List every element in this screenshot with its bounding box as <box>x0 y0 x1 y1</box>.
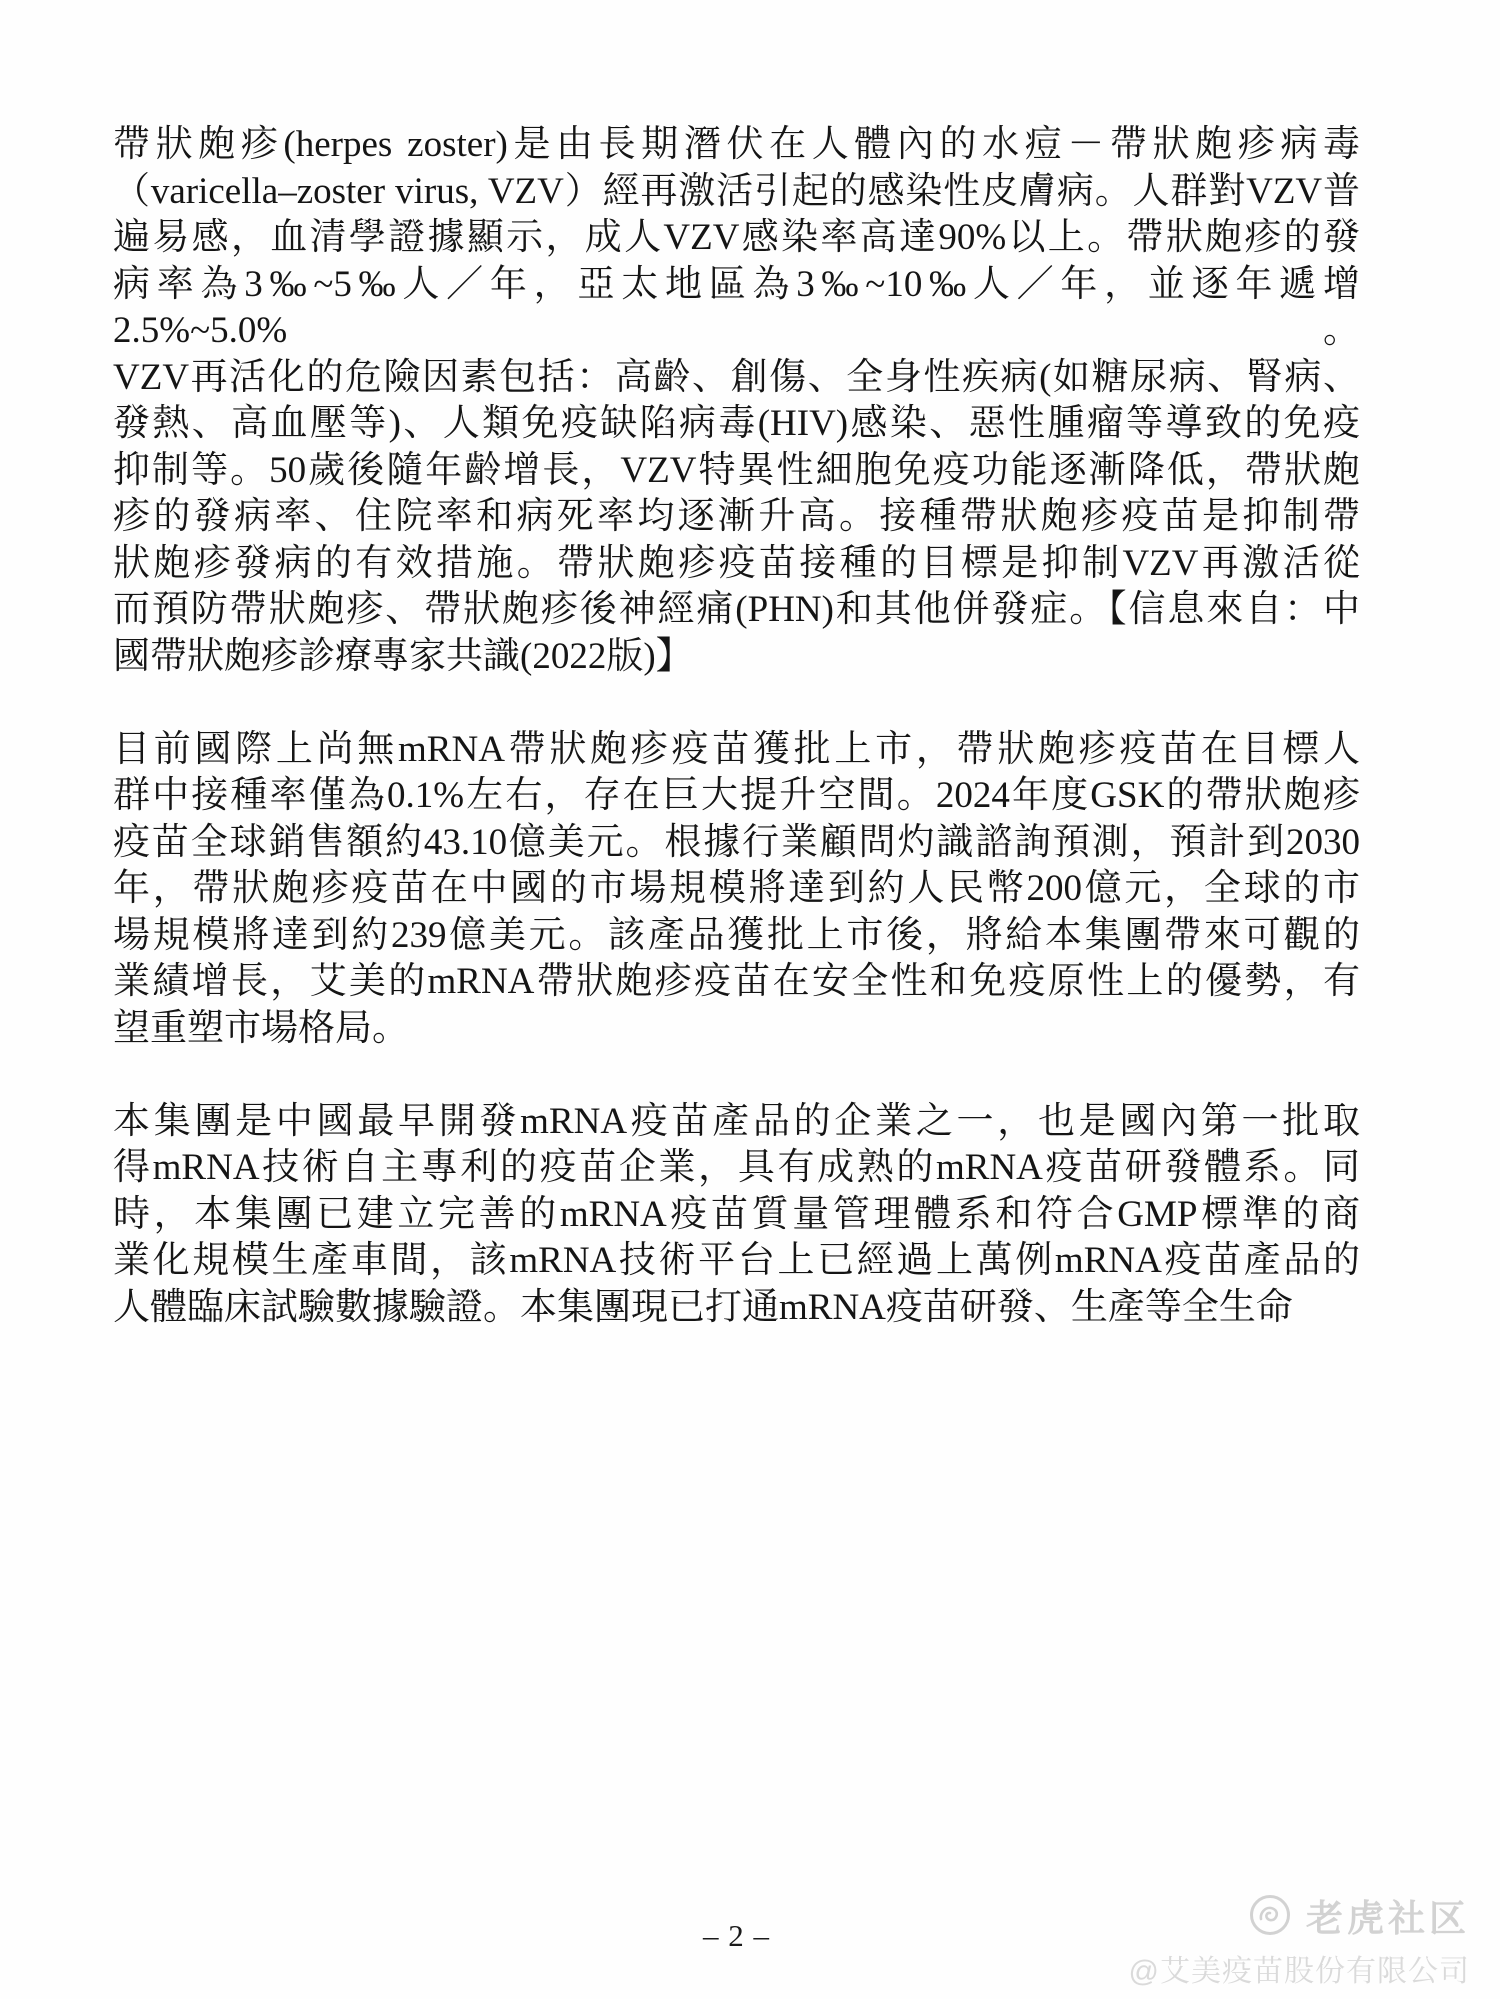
text-line: 群中接種率僅為0.1%左右，存在巨大提升空間。2024年度GSK的帶狀皰疹 <box>113 773 1360 820</box>
text-line: 場規模將達到約239億美元。該產品獲批上市後，將給本集團帶來可觀的 <box>113 913 1360 960</box>
paragraph-3: 本集團是中國最早開發mRNA疫苗產品的企業之一，也是國內第一批取得mRNA技術自… <box>113 1099 1360 1332</box>
text-line: 業績增長，艾美的mRNA帶狀皰疹疫苗在安全性和免疫原性上的優勢，有 <box>113 959 1360 1006</box>
text-line: 狀皰疹發病的有效措施。帶狀皰疹疫苗接種的目標是抑制VZV再激活從 <box>113 541 1360 588</box>
tiger-circle-icon <box>1248 1893 1292 1937</box>
document-page: 帶狀皰疹(herpes zoster)是由長期潛伏在人體內的水痘－帶狀皰疹病毒（… <box>0 0 1500 1999</box>
paragraph-1: 帶狀皰疹(herpes zoster)是由長期潛伏在人體內的水痘－帶狀皰疹病毒（… <box>113 122 1360 680</box>
text-line: 目前國際上尚無mRNA帶狀皰疹疫苗獲批上市，帶狀皰疹疫苗在目標人 <box>113 727 1360 774</box>
paragraph-2: 目前國際上尚無mRNA帶狀皰疹疫苗獲批上市，帶狀皰疹疫苗在目標人群中接種率僅為0… <box>113 727 1360 1053</box>
text-line: 年，帶狀皰疹疫苗在中國的市場規模將達到約人民幣200億元，全球的市 <box>113 866 1360 913</box>
text-line: 國帶狀皰疹診療專家共識(2022版)】 <box>113 634 1360 681</box>
watermark-brand-row: 老虎社区 <box>1248 1888 1470 1942</box>
watermark-brand-text: 老虎社区 <box>1306 1888 1470 1942</box>
text-line: 抑制等。50歲後隨年齡增長，VZV特異性細胞免疫功能逐漸降低，帶狀皰 <box>113 448 1360 495</box>
text-line: 而預防帶狀皰疹、帶狀皰疹後神經痛(PHN)和其他併發症。【信息來自：中 <box>113 587 1360 634</box>
text-line: （varicella–zoster virus, VZV）經再激活引起的感染性皮… <box>113 169 1360 216</box>
text-line: 發熱、高血壓等)、人類免疫缺陷病毒(HIV)感染、惡性腫瘤等導致的免疫 <box>113 401 1360 448</box>
document-body: 帶狀皰疹(herpes zoster)是由長期潛伏在人體內的水痘－帶狀皰疹病毒（… <box>113 122 1360 1378</box>
text-line: 得mRNA技術自主專利的疫苗企業，具有成熟的mRNA疫苗研發體系。同 <box>113 1145 1360 1192</box>
watermark-handle-text: @艾美疫苗股份有限公司 <box>1129 1946 1470 1990</box>
text-line: 遍易感，血清學證據顯示，成人VZV感染率高達90%以上。帶狀皰疹的發 <box>113 215 1360 262</box>
text-line: 人體臨床試驗數據驗證。本集團現已打通mRNA疫苗研發、生產等全生命 <box>113 1285 1360 1332</box>
text-line: 業化規模生產車間，該mRNA技術平台上已經過上萬例mRNA疫苗產品的 <box>113 1238 1360 1285</box>
text-line: 疹的發病率、住院率和病死率均逐漸升高。接種帶狀皰疹疫苗是抑制帶 <box>113 494 1360 541</box>
text-line: VZV再活化的危險因素包括：高齡、創傷、全身性疾病(如糖尿病、腎病、 <box>113 355 1360 402</box>
text-line: 時，本集團已建立完善的mRNA疫苗質量管理體系和符合GMP標準的商 <box>113 1192 1360 1239</box>
text-line: 帶狀皰疹(herpes zoster)是由長期潛伏在人體內的水痘－帶狀皰疹病毒 <box>113 122 1360 169</box>
text-line: 病率為3‰~5‰人／年，亞太地區為3‰~10‰人／年，並逐年遞增2.5%~5.0… <box>113 262 1360 355</box>
text-line: 本集團是中國最早開發mRNA疫苗產品的企業之一，也是國內第一批取 <box>113 1099 1360 1146</box>
text-line: 望重塑市場格局。 <box>113 1006 1360 1053</box>
text-line: 疫苗全球銷售額約43.10億美元。根據行業顧問灼識諮詢預測，預計到2030 <box>113 820 1360 867</box>
